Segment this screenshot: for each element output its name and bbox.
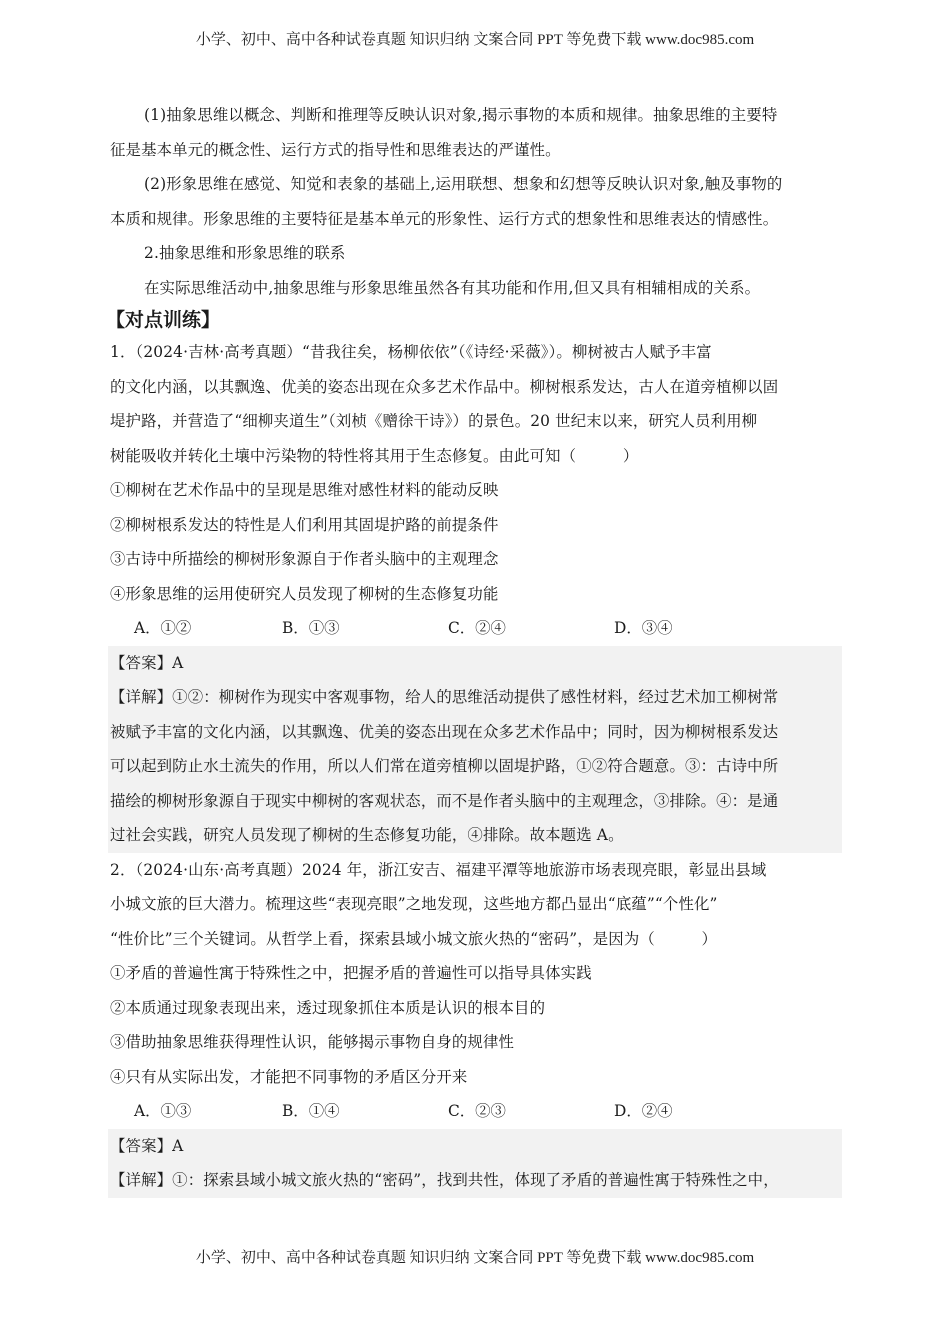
page-footer: 小学、初中、高中各种试卷真题 知识归纳 文案合同 PPT 等免费下载 www.d… [0, 1246, 950, 1267]
explanation-line: 被赋予丰富的文化内涵，以其飘逸、优美的姿态出现在众多艺术作品中；同时，因为柳树根… [110, 715, 842, 750]
question-stem-line: 2．（2024·山东·高考真题）2024 年，浙江安吉、福建平潭等地旅游市场表现… [110, 853, 840, 888]
statement: ①矛盾的普遍性寓于特殊性之中，把握矛盾的普遍性可以指导具体实践 [110, 956, 840, 991]
option-a: A．①③ [134, 1094, 282, 1129]
intro-p1-line2: 征是基本单元的概念性、运行方式的指导性和思维表达的严谨性。 [110, 133, 840, 168]
question-stem-line: 小城文旅的巨大潜力。梳理这些“表现亮眼”之地发现，这些地方都凸显出“底蕴”“个性… [110, 887, 840, 922]
option-d: D．②④ [614, 1094, 673, 1129]
statement: ③借助抽象思维获得理性认识，能够揭示事物自身的规律性 [110, 1025, 840, 1060]
question-2: 2．（2024·山东·高考真题）2024 年，浙江安吉、福建平潭等地旅游市场表现… [110, 853, 840, 1198]
options-row: A．①② B．①③ C．②④ D．③④ [110, 611, 840, 646]
explanation-line: 过社会实践，研究人员发现了柳树的生态修复功能，④排除。故本题选 A。 [110, 818, 842, 853]
answer-label: 【答案】A [110, 1129, 842, 1164]
answer-label: 【答案】A [110, 646, 842, 681]
subheading: 2.抽象思维和形象思维的联系 [110, 236, 840, 271]
explanation-line: 可以起到防止水土流失的作用，所以人们常在道旁植柳以固堤护路，①②符合题意。③：古… [110, 749, 842, 784]
explanation-line: 【详解】①②：柳树作为现实中客观事物，给人的思维活动提供了感性材料，经过艺术加工… [110, 680, 842, 715]
question-1: 1．（2024·吉林·高考真题）“昔我往矣，杨柳依依”（《诗经·采薇》）。柳树被… [110, 335, 840, 853]
intro-p2-line2: 本质和规律。形象思维的主要特征是基本单元的形象性、运行方式的想象性和思维表达的情… [110, 202, 840, 237]
option-c: C．②④ [448, 611, 614, 646]
page-header: 小学、初中、高中各种试卷真题 知识归纳 文案合同 PPT 等免费下载 www.d… [0, 28, 950, 49]
answer-box: 【答案】A 【详解】①：探索县域小城文旅火热的“密码”，找到共性，体现了矛盾的普… [108, 1129, 842, 1198]
option-b: B．①④ [282, 1094, 448, 1129]
statement: ②本质通过现象表现出来，透过现象抓住本质是认识的根本目的 [110, 991, 840, 1026]
option-d: D．③④ [614, 611, 673, 646]
statement: ④只有从实际出发，才能把不同事物的矛盾区分开来 [110, 1060, 840, 1095]
explanation-line: 【详解】①：探索县域小城文旅火热的“密码”，找到共性，体现了矛盾的普遍性寓于特殊… [110, 1163, 842, 1198]
intro-p1-line1: (1)抽象思维以概念、判断和推理等反映认识对象,揭示事物的本质和规律。抽象思维的… [110, 98, 840, 133]
statement: ③古诗中所描绘的柳树形象源自于作者头脑中的主观理念 [110, 542, 840, 577]
question-stem-line: “性价比”三个关键词。从哲学上看，探索县域小城文旅火热的“密码”，是因为（ ） [110, 922, 840, 957]
option-b: B．①③ [282, 611, 448, 646]
statement: ②柳树根系发达的特性是人们利用其固堤护路的前提条件 [110, 508, 840, 543]
section-title: 【对点训练】 [106, 305, 840, 335]
question-stem-line: 堤护路，并营造了“细柳夹道生”（刘桢《赠徐干诗》）的景色。20 世纪末以来，研究… [110, 404, 840, 439]
option-a: A．①② [134, 611, 282, 646]
question-stem-line: 1．（2024·吉林·高考真题）“昔我往矣，杨柳依依”（《诗经·采薇》）。柳树被… [110, 335, 840, 370]
statement: ④形象思维的运用使研究人员发现了柳树的生态修复功能 [110, 577, 840, 612]
question-stem-line: 的文化内涵，以其飘逸、优美的姿态出现在众多艺术作品中。柳树根系发达，古人在道旁植… [110, 370, 840, 405]
answer-box: 【答案】A 【详解】①②：柳树作为现实中客观事物，给人的思维活动提供了感性材料，… [108, 646, 842, 853]
statement: ①柳树在艺术作品中的呈现是思维对感性材料的能动反映 [110, 473, 840, 508]
explanation-line: 描绘的柳树形象源自于现实中柳树的客观状态，而不是作者头脑中的主观理念，③排除。④… [110, 784, 842, 819]
options-row: A．①③ B．①④ C．②③ D．②④ [110, 1094, 840, 1129]
option-c: C．②③ [448, 1094, 614, 1129]
document-body: (1)抽象思维以概念、判断和推理等反映认识对象,揭示事物的本质和规律。抽象思维的… [110, 98, 840, 1198]
question-stem-line: 树能吸收并转化土壤中污染物的特性将其用于生态修复。由此可知（ ） [110, 439, 840, 474]
intro-p3: 在实际思维活动中,抽象思维与形象思维虽然各有其功能和作用,但又具有相辅相成的关系… [110, 271, 840, 306]
intro-p2-line1: (2)形象思维在感觉、知觉和表象的基础上,运用联想、想象和幻想等反映认识对象,触… [110, 167, 840, 202]
